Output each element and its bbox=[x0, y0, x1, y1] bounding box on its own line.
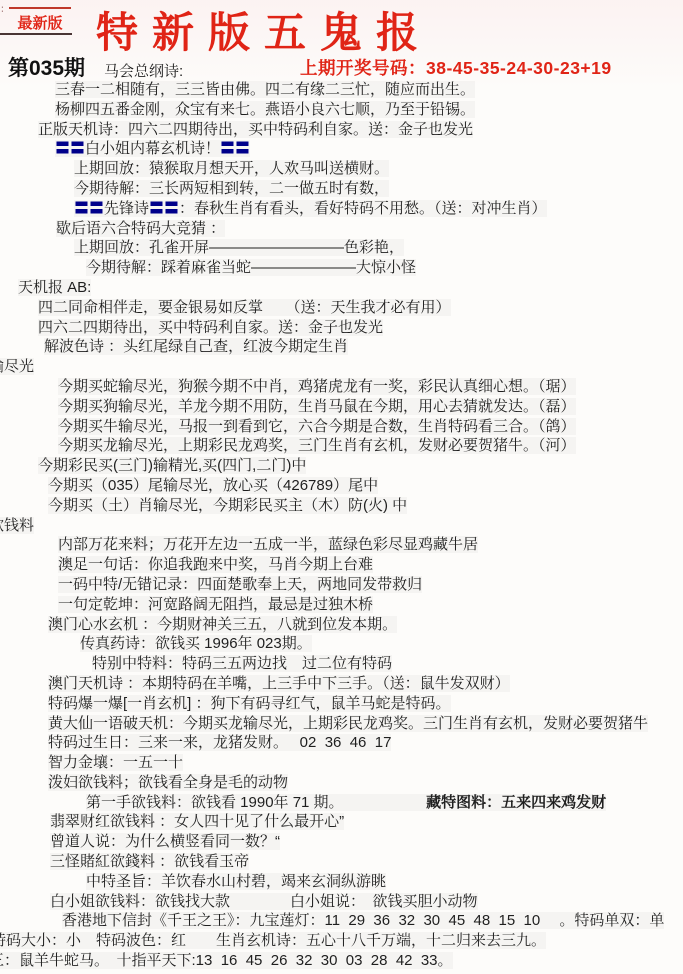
text-line: 杨柳四五番金刚，众宝有来七。燕语小良六七顺，乃至于铅锡。 bbox=[55, 100, 683, 120]
text-segment: 今期买牛输尽光，马报一到看到它，六合今期是合数，生肖特码看三合。（鸽） bbox=[58, 418, 576, 435]
latest-edition-badge: 最新版 bbox=[9, 7, 71, 33]
text-segment: 四六二四期待出，买中特码利自家。送：金子也发光 bbox=[38, 319, 383, 336]
last-draw-numbers: 上期开奖号码：38-45-35-24-30-23+19 bbox=[300, 55, 612, 80]
text-line: 特别中特料：特码三五两边找 过二位有特码 bbox=[92, 654, 683, 674]
text-line: 澳门心水玄机 ：今期财神关三五，八就到位发本期。 bbox=[48, 615, 683, 635]
text-segment: 白小姐说： 欲钱买胆小动物 bbox=[290, 893, 478, 910]
text-segment: 上期回放：孔雀开屏—————————色彩艳， bbox=[74, 239, 404, 256]
text-segment: 今期买狗输尽光，羊龙今期不用防，生肖马鼠在今期，用心去猜就发达。（磊） bbox=[58, 398, 576, 415]
text-segment: 特码大小：小 特码波色：红 生肖玄机诗：五心十八千万端，十二归来去三九。 bbox=[0, 932, 546, 949]
text-line: 欲钱料 bbox=[0, 516, 683, 536]
text-segment: 第一手欲钱料：欲钱看 1990年 71 期。 bbox=[86, 794, 336, 811]
text-segment: 智力金壤：一五一十 bbox=[48, 754, 183, 771]
text-segment: 天机报 AB: bbox=[18, 279, 91, 296]
text-line: 翡翠财红欲钱料 ：女人四十见了什么最开心” bbox=[50, 812, 683, 832]
text-segment: 三怪賭紅欲錢料 ：欲钱看玉帝 bbox=[50, 853, 249, 870]
text-segment: 澳门心水玄机 ：今期财神关三五，八就到位发本期。 bbox=[48, 616, 397, 633]
text-line: 香港地下信封《千王之王》：九宝莲灯：11 29 36 32 30 45 48 1… bbox=[62, 911, 683, 931]
text-line: 特码大小：小 特码波色：红 生肖玄机诗：五心十八千万端，十二归来去三九。 bbox=[0, 931, 683, 951]
text-segment: 歇后语六合特码大竞猜 ： bbox=[56, 220, 225, 237]
text-segment: 一码中特/无错记录：四面楚歌奉上天，两地同发带救归 bbox=[58, 576, 422, 593]
text-segment: 今期买蛇输尽光，狗猴今期不中肖，鸡猪虎龙有一奖，彩民认真细心想。（琚） bbox=[58, 378, 576, 395]
text-segment: 黄大仙一语破天机：今期买龙输尽光，上期彩民龙鸡奖。三门生肖有玄机，发财必要贺猪牛 bbox=[48, 715, 648, 732]
section-marker-icon: 〓〓 bbox=[74, 200, 104, 217]
text-segment: 翡翠财红欲钱料 ：女人四十见了什么最开心” bbox=[50, 813, 344, 830]
text-line: 传真药诗：欲钱买 1996年 023期。 bbox=[80, 634, 683, 654]
text-line: 澳足一句话：你追我跑来中奖，马肖今期上台难 bbox=[58, 555, 683, 575]
text-segment bbox=[230, 893, 290, 910]
text-line: 输尽光 bbox=[0, 357, 683, 377]
issue-number: 第035期 bbox=[8, 52, 85, 82]
text-line: 内部万花来料；万花开左边一五成一半，蓝绿色彩尽显鸡藏牛居 bbox=[58, 535, 683, 555]
text-segment: 泼妇欲钱料；欲钱看全身是毛的动物 bbox=[48, 774, 288, 791]
text-line: 上期回放：猿猴取月想天开，人欢马叫送横财。 bbox=[74, 159, 683, 179]
text-line: 今期买牛输尽光，马报一到看到它，六合今期是合数，生肖特码看三合。（鸽） bbox=[58, 417, 683, 437]
text-segment: 藏特图料：五来四来鸡发财 bbox=[426, 794, 606, 811]
text-segment: 一句定乾坤：河宽路阔无阻挡，最忌是过独木桥 bbox=[58, 596, 373, 613]
text-segment: 欲钱料 bbox=[0, 517, 34, 534]
text-segment: 白小姐欲钱料：欲钱找大款 bbox=[50, 893, 230, 910]
text-segment: 中特圣旨：羊饮春水山村碧，竭来玄洞纵游眺 bbox=[86, 873, 386, 890]
text-line: 歇后语六合特码大竞猜 ： bbox=[56, 219, 683, 239]
section-marker-icon: 〓〓 bbox=[55, 140, 85, 157]
text-line: 今期买狗输尽光，羊龙今期不用防，生肖马鼠在今期，用心去猜就发达。（磊） bbox=[58, 397, 683, 417]
text-line: 今期买蛇输尽光，狗猴今期不中肖，鸡猪虎龙有一奖，彩民认真细心想。（琚） bbox=[58, 377, 683, 397]
text-line: 特码爆一爆[一肖玄机] ：狗下有码寻红气，鼠羊马蛇是特码。 bbox=[48, 694, 683, 714]
text-segment: 今期待解：踩着麻雀当蛇———————大惊小怪 bbox=[86, 259, 416, 276]
text-line: 〓〓白小姐内幕玄机诗！〓〓 bbox=[55, 139, 683, 159]
text-line: 今期待解：踩着麻雀当蛇———————大惊小怪 bbox=[86, 258, 683, 278]
text-line: 三：鼠羊牛蛇马。 十指平天下:13 16 45 26 32 30 03 28 4… bbox=[0, 951, 683, 971]
text-segment: 特别中特料：特码三五两边找 过二位有特码 bbox=[92, 655, 392, 672]
text-line: 天机报 AB: bbox=[18, 278, 683, 298]
text-segment: 今期买（035）尾输尽光，放心买（426789）尾中 bbox=[48, 477, 378, 494]
text-segment: 四二同命相伴走，要金银易如反掌 （送：天生我才必有用） bbox=[38, 299, 451, 316]
text-line: 智力金壤：一五一十 bbox=[48, 753, 683, 773]
text-line: 今期彩民买(三门)输精光,买(四门,二门)中 bbox=[38, 456, 683, 476]
text-line: 上期回放：孔雀开屏—————————色彩艳， bbox=[74, 238, 683, 258]
text-line: 澳门天机诗 ：本期特码在羊嘴，上三手中下三手。（送：鼠牛发双财） bbox=[48, 674, 683, 694]
text-line: 一句定乾坤：河宽路阔无阻挡，最忌是过独木桥 bbox=[58, 595, 683, 615]
page-title: 特新版五鬼报 bbox=[96, 0, 432, 60]
text-segment: 今期待解：三长两短相到转，二一做五时有数， bbox=[74, 180, 389, 197]
text-line: 四六二四期待出，买中特码利自家。送：金子也发光 bbox=[38, 318, 683, 338]
text-line: 中特圣旨：羊饮春水山村碧，竭来玄洞纵游眺 bbox=[86, 872, 683, 892]
text-line: 三春一二相随有，三三皆由佛。四二有缘二三忙，随应而出生。 bbox=[55, 80, 683, 100]
text-segment: 今期买龙输尽光，上期彩民龙鸡奖，三门生肖有玄机，发财必要贺猪牛。（河） bbox=[58, 437, 576, 454]
document-body: 三春一二相随有，三三皆由佛。四二有缘二三忙，随应而出生。杨柳四五番金刚，众宝有来… bbox=[0, 80, 683, 971]
text-segment: 杨柳四五番金刚，众宝有来七。燕语小良六七顺，乃至于铅锡。 bbox=[55, 101, 475, 118]
text-segment: 三：鼠羊牛蛇马。 十指平天下:13 16 45 26 32 30 03 28 4… bbox=[0, 952, 453, 969]
text-segment: 特码爆一爆[一肖玄机] ：狗下有码寻红气，鼠羊马蛇是特码。 bbox=[48, 695, 451, 712]
text-segment: 白小姐内幕玄机诗！ bbox=[85, 140, 220, 157]
text-line: 白小姐欲钱料：欲钱找大款 白小姐说： 欲钱买胆小动物 bbox=[50, 892, 683, 912]
text-segment: 上期回放：猿猴取月想天开，人欢马叫送横财。 bbox=[74, 160, 389, 177]
text-line: 今期待解：三长两短相到转，二一做五时有数， bbox=[74, 179, 683, 199]
text-line: 第一手欲钱料：欲钱看 1990年 71 期。 藏特图料：五来四来鸡发财 bbox=[86, 793, 683, 813]
text-line: 特码过生日：三来一来，龙猪发财。 02 36 46 17 bbox=[48, 733, 683, 753]
issue-subtitle: 马会总纲诗: bbox=[104, 60, 183, 81]
left-edge-dots-icon: ∶ bbox=[1, 6, 5, 15]
section-marker-icon: 〓〓 bbox=[220, 140, 250, 157]
badge-underline bbox=[0, 33, 72, 35]
text-segment: 今期彩民买(三门)输精光,买(四门,二门)中 bbox=[38, 457, 306, 474]
text-segment: 曾道人说：为什么横竖看同一数？“ bbox=[50, 833, 280, 850]
text-line: 〓〓先锋诗〓〓：春秋生肖有看头，看好特码不用愁。（送：对冲生肖） bbox=[74, 199, 683, 219]
text-line: 曾道人说：为什么横竖看同一数？“ bbox=[50, 832, 683, 852]
text-segment: 今期买（土）肖输尽光，今期彩民买主（木）防(火) 中 bbox=[48, 497, 407, 514]
text-line: 今期买（土）肖输尽光，今期彩民买主（木）防(火) 中 bbox=[48, 496, 683, 516]
text-line: 泼妇欲钱料；欲钱看全身是毛的动物 bbox=[48, 773, 683, 793]
text-segment: 解波色诗 ：头红尾绿自己查，红波今期定生肖 bbox=[44, 338, 348, 355]
text-segment: 正版天机诗：四六二四期待出，买中特码利自家。送：金子也发光 bbox=[38, 121, 473, 138]
text-line: 一码中特/无错记录：四面楚歌奉上天，两地同发带救归 bbox=[58, 575, 683, 595]
text-line: 今期买龙输尽光，上期彩民龙鸡奖，三门生肖有玄机，发财必要贺猪牛。（河） bbox=[58, 436, 683, 456]
text-line: 四二同命相伴走，要金银易如反掌 （送：天生我才必有用） bbox=[38, 298, 683, 318]
text-segment: 香港地下信封《千王之王》：九宝莲灯：11 29 36 32 30 45 48 1… bbox=[62, 912, 664, 929]
text-line: 三怪賭紅欲錢料 ：欲钱看玉帝 bbox=[50, 852, 683, 872]
text-segment bbox=[336, 794, 426, 811]
text-segment: 内部万花来料；万花开左边一五成一半，蓝绿色彩尽显鸡藏牛居 bbox=[58, 536, 478, 553]
text-segment: 特码过生日：三来一来，龙猪发财。 02 36 46 17 bbox=[48, 734, 391, 751]
text-segment: 传真药诗：欲钱买 1996年 023期。 bbox=[80, 635, 312, 652]
text-segment: 澳门天机诗 ：本期特码在羊嘴，上三手中下三手。（送：鼠牛发双财） bbox=[48, 675, 510, 692]
section-marker-icon: 〓〓 bbox=[149, 200, 179, 217]
text-segment: ：春秋生肖有看头，看好特码不用愁。（送：对冲生肖） bbox=[179, 200, 547, 217]
text-segment: 输尽光 bbox=[0, 358, 34, 375]
text-segment: 先锋诗 bbox=[104, 200, 149, 217]
text-line: 今期买（035）尾输尽光，放心买（426789）尾中 bbox=[48, 476, 683, 496]
text-line: 黄大仙一语破天机：今期买龙输尽光，上期彩民龙鸡奖。三门生肖有玄机，发财必要贺猪牛 bbox=[48, 714, 683, 734]
text-segment: 三春一二相随有，三三皆由佛。四二有缘二三忙，随应而出生。 bbox=[55, 81, 475, 98]
lottery-tip-sheet: ∶ 最新版 特新版五鬼报 第035期 马会总纲诗: 上期开奖号码：38-45-3… bbox=[0, 0, 683, 974]
text-segment: 澳足一句话：你追我跑来中奖，马肖今期上台难 bbox=[58, 556, 373, 573]
text-line: 正版天机诗：四六二四期待出，买中特码利自家。送：金子也发光 bbox=[38, 120, 683, 140]
text-line: 解波色诗 ：头红尾绿自己查，红波今期定生肖 bbox=[44, 337, 683, 357]
